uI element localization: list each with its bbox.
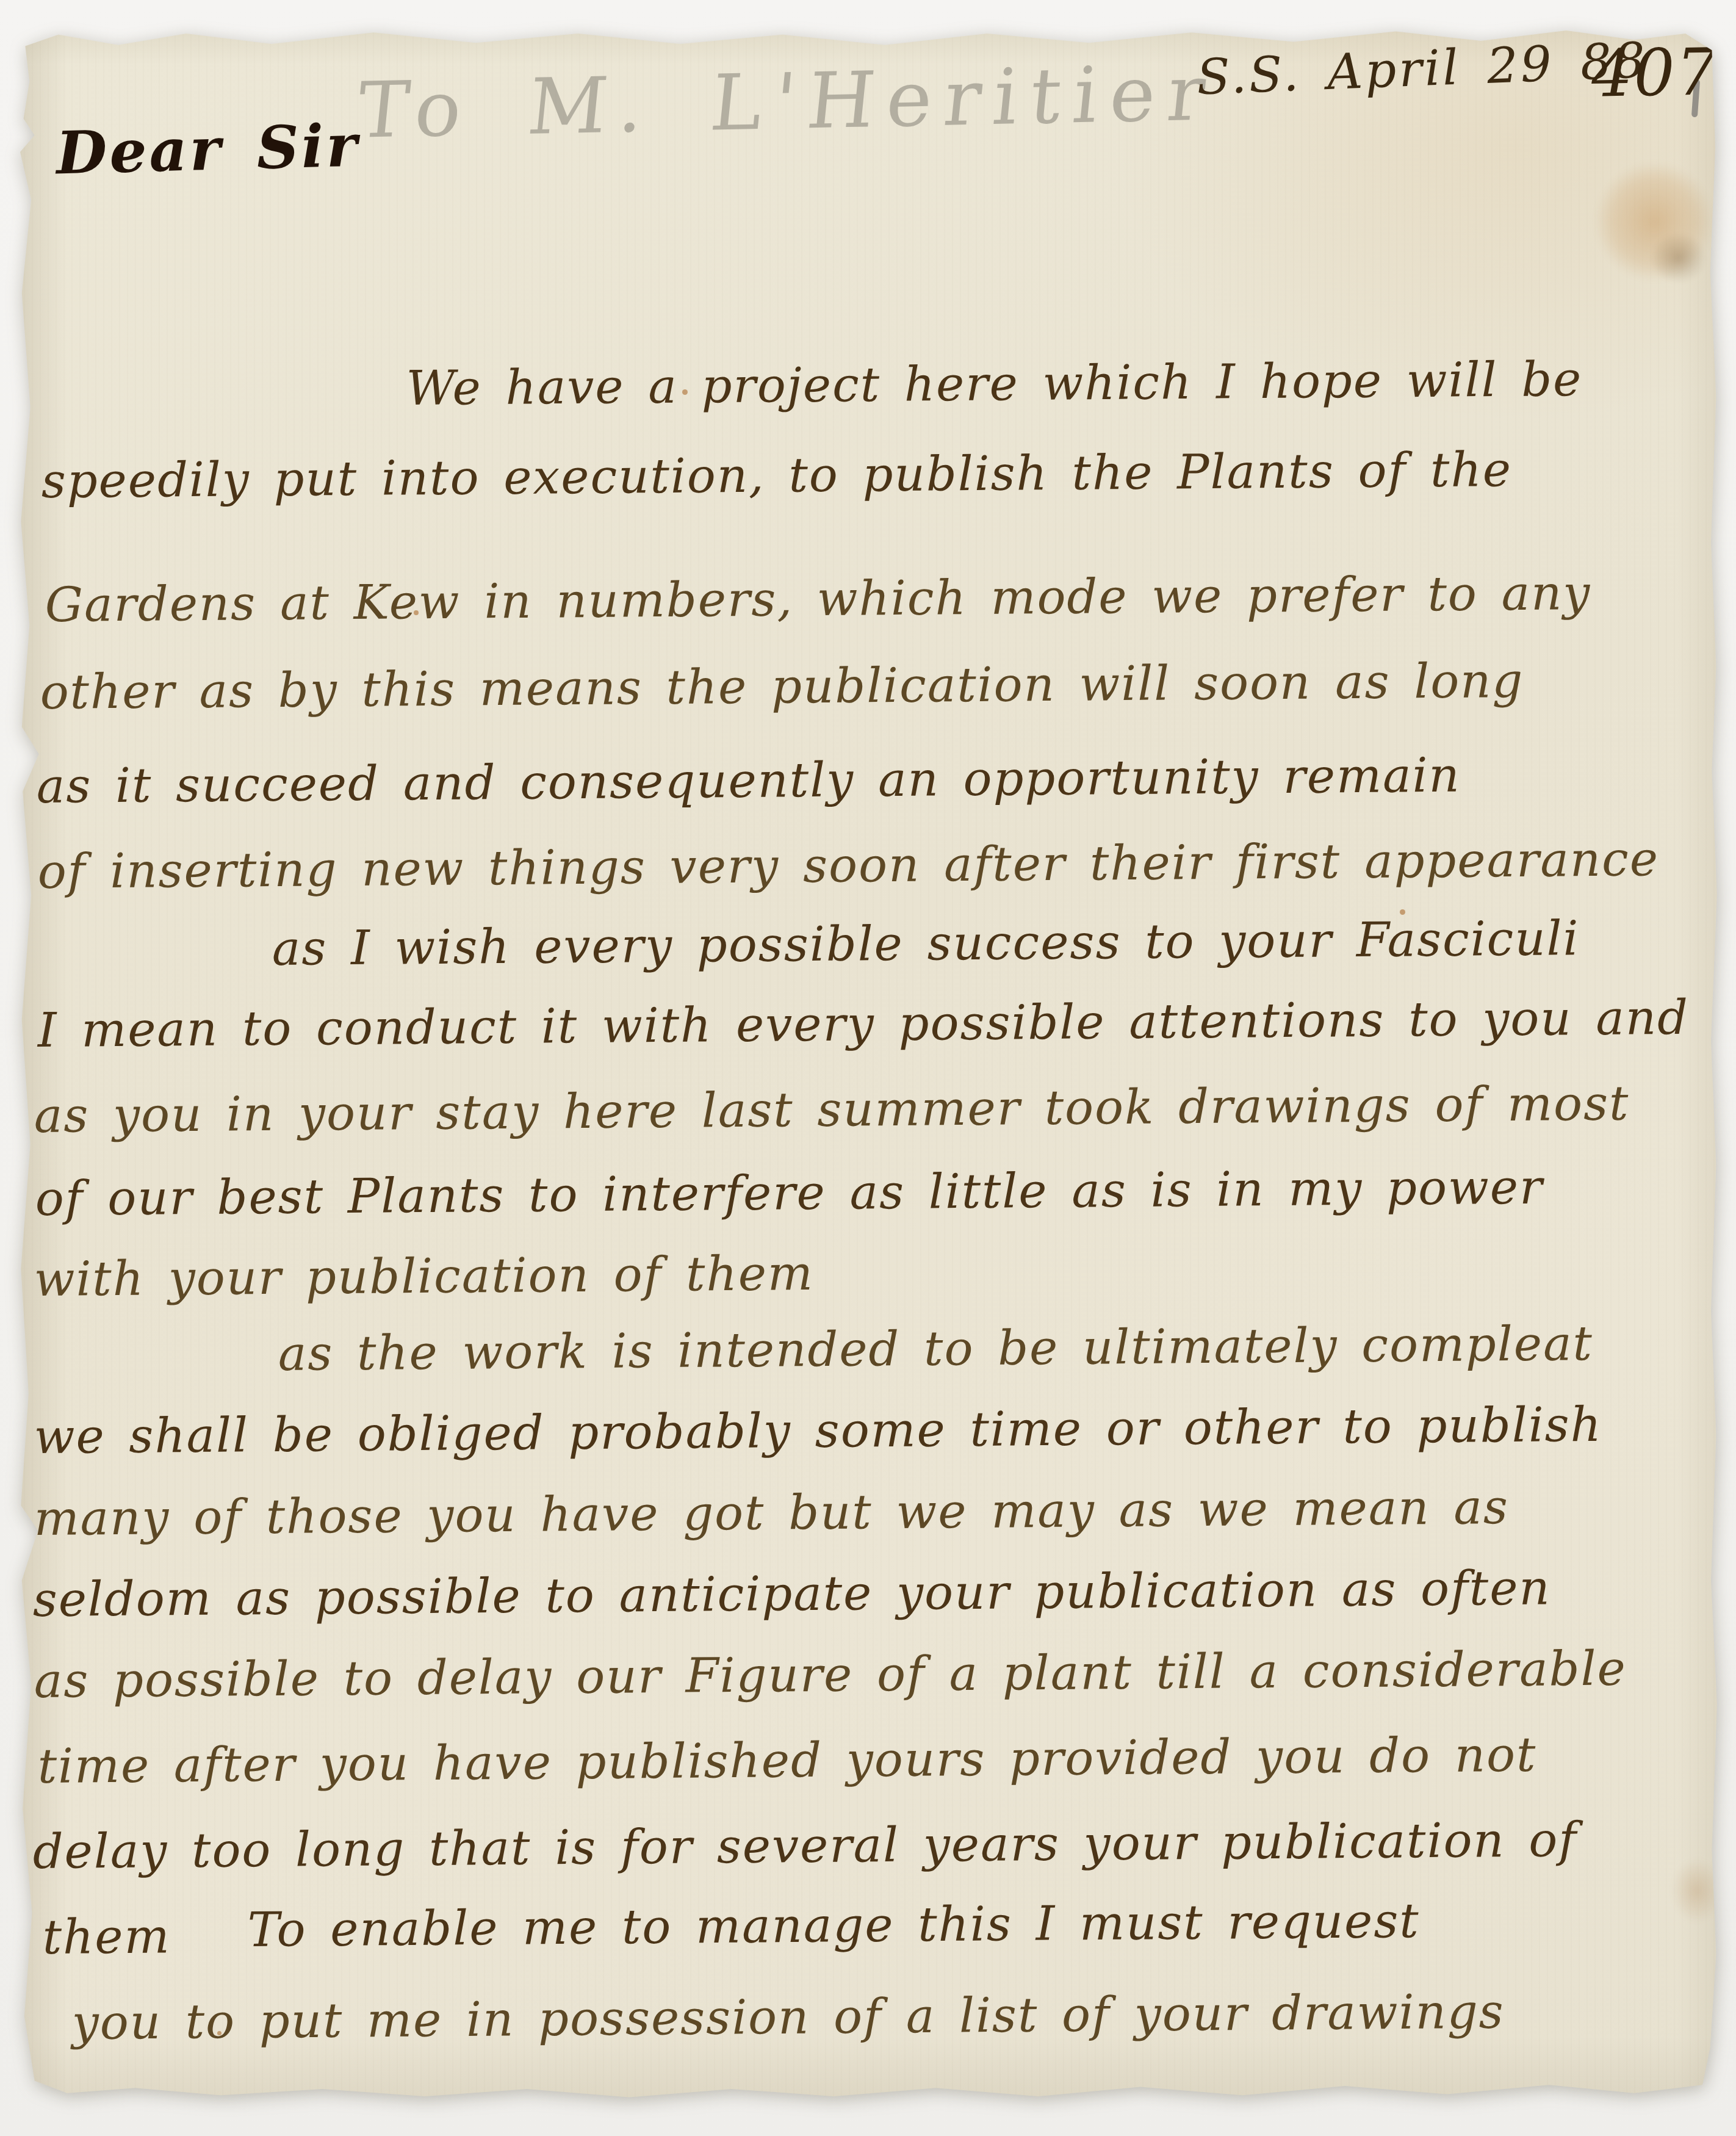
letter-line: as possible to delay our Figure of a pla… <box>34 1645 1627 1705</box>
letter-line: as the work is intended to be ultimately… <box>278 1320 1593 1378</box>
salutation: Dear Sir <box>56 111 361 188</box>
pencil-inscription: To M. L'Heritier <box>353 48 1222 156</box>
letter-line: of inserting new things very soon after … <box>37 835 1659 896</box>
letter-line: as I wish every possible success to your… <box>272 915 1579 973</box>
date-line: S.S. April 29 88 <box>1195 32 1648 106</box>
folio-number: 407 <box>1591 34 1719 112</box>
letter-line: many of those you have got but we may as… <box>34 1484 1509 1543</box>
letter-line: speedily put into execution, to publish … <box>41 446 1512 505</box>
scan-background: To M. L'Heritier S.S. April 29 88 407 De… <box>0 0 1736 2136</box>
letter-line: as you in your stay here last summer too… <box>34 1080 1629 1140</box>
letter-paper: To M. L'Heritier S.S. April 29 88 407 De… <box>16 23 1720 2099</box>
foxing-stain <box>1642 225 1715 292</box>
letter-paper-wrap: To M. L'Heritier S.S. April 29 88 407 De… <box>16 23 1720 2099</box>
letter-line: We have a project here which I hope will… <box>406 356 1582 413</box>
letter-line: delay too long that is for several years… <box>32 1816 1577 1876</box>
letter-line: time after you have published yours prov… <box>37 1731 1536 1791</box>
letter-line: Gardens at Kew in numbers, which mode we… <box>45 569 1591 629</box>
foxing-stain <box>1663 1848 1731 1933</box>
letter-line: them <box>42 1913 170 1961</box>
letter-line: of our best Plants to interfere as littl… <box>35 1164 1543 1223</box>
letter-line: as it succeed and consequently an opport… <box>36 752 1461 810</box>
letter-line: with your publication of them <box>34 1250 814 1304</box>
letter-line: seldom as possible to anticipate your pu… <box>32 1564 1551 1624</box>
letter-line: To enable me to manage this I must reque… <box>247 1897 1420 1954</box>
letter-line: you to put me in possession of a list of… <box>71 1988 1505 2047</box>
letter-line: we shall be obliged probably some time o… <box>34 1401 1602 1461</box>
letter-line: other as by this means the publication w… <box>40 657 1524 716</box>
letter-line: I mean to conduct it with every possible… <box>37 994 1689 1055</box>
foxing-stain <box>1578 145 1731 298</box>
